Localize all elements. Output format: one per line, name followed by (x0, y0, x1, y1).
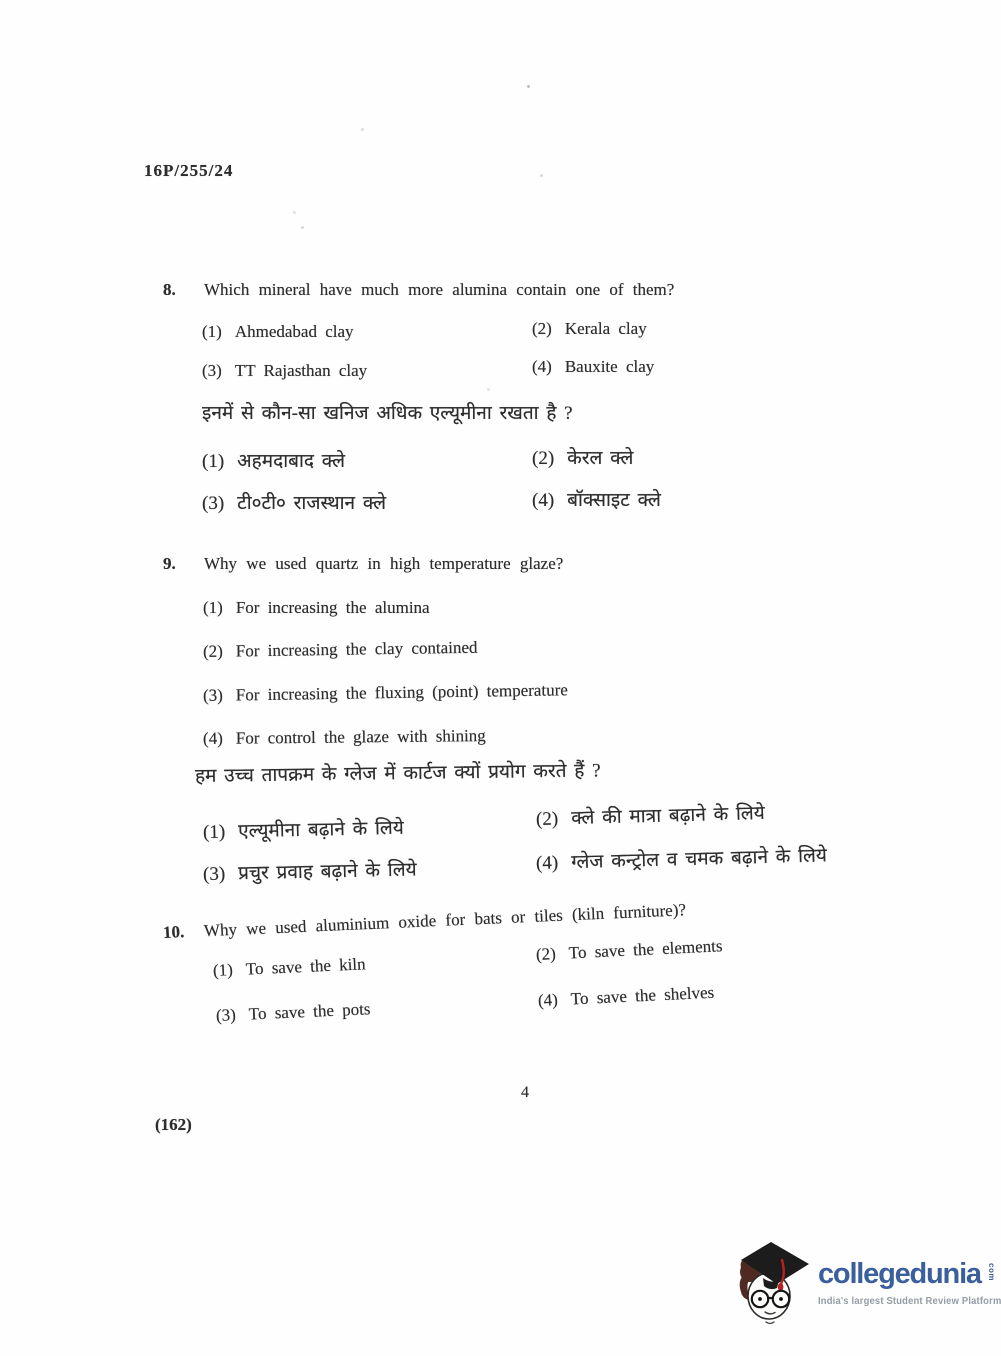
q8-option-hi-2: (2)केरल क्ले (532, 444, 633, 470)
option-number: (2) (532, 319, 552, 339)
option-number: (4) (538, 990, 559, 1011)
option-text: ग्लेज कन्ट्रोल व चमक बढ़ाने के लिये (571, 845, 827, 873)
q8-option-hi-1: (1)अहमदाबाद क्ले (202, 447, 345, 473)
collegedunia-logo: collegedunia com India's largest Student… (735, 1240, 1001, 1326)
logo-wordmark: collegedunia (818, 1260, 981, 1289)
question-10: 10.Why we used aluminium oxide for bats … (163, 900, 687, 943)
option-text: To save the pots (248, 999, 370, 1023)
option-text: For increasing the alumina (236, 598, 430, 617)
q9-option-hi-4: (4)ग्लेज कन्ट्रोल व चमक बढ़ाने के लिये (536, 841, 828, 875)
question-8-text-hi: इनमें से कौन-सा खनिज अधिक एल्यूमीना रखता… (202, 399, 573, 425)
option-text: To save the elements (568, 936, 723, 962)
q9-option-en-4: (4)For control the glaze with shining (203, 726, 486, 749)
q10-option-en-3: (3)To save the pots (216, 999, 371, 1026)
option-text: To save the shelves (570, 983, 714, 1009)
option-number: (1) (203, 598, 223, 618)
option-number: (3) (203, 686, 223, 706)
q10-option-en-1: (1)To save the kiln (213, 954, 366, 981)
q10-option-en-4: (4)To save the shelves (538, 983, 715, 1011)
q9-option-en-3: (3)For increasing the fluxing (point) te… (203, 680, 568, 706)
logo-text-block: collegedunia com India's largest Student… (818, 1260, 1001, 1307)
option-number: (1) (203, 822, 226, 844)
option-number: (3) (202, 493, 224, 515)
option-number: (3) (216, 1005, 237, 1026)
option-text: For increasing the fluxing (point) tempe… (236, 680, 568, 704)
option-text: प्रचुर प्रवाह बढ़ाने के लिये (238, 860, 417, 885)
option-text: TT Rajasthan clay (235, 361, 367, 380)
q9-option-hi-3: (3)प्रचुर प्रवाह बढ़ाने के लिये (203, 856, 417, 886)
option-number: (1) (202, 322, 222, 342)
option-number: (2) (536, 808, 559, 831)
option-number: (3) (203, 864, 226, 886)
scan-speck (361, 128, 364, 131)
q8-option-hi-3: (3)टी०टी० राजस्थान क्ले (202, 489, 386, 515)
option-number: (4) (532, 357, 552, 377)
option-number: (2) (203, 642, 223, 662)
option-number: (4) (532, 490, 554, 512)
series-code: (162) (155, 1115, 192, 1135)
question-9: 9.Why we used quartz in high temperature… (163, 554, 563, 574)
option-text: केरल क्ले (567, 448, 633, 469)
option-text: Kerala clay (565, 319, 647, 338)
option-text: For increasing the clay contained (236, 638, 478, 661)
option-number: (2) (536, 944, 557, 965)
doc-code: 16P/255/24 (144, 161, 233, 181)
option-text: टी०टी० राजस्थान क्ले (237, 493, 386, 514)
scan-speck (527, 85, 530, 88)
logo-tagline: India's largest Student Review Platform (818, 1296, 1001, 1307)
question-10-text-en: Why we used aluminium oxide for bats or … (204, 900, 687, 940)
q9-option-hi-1: (1)एल्यूमीना बढ़ाने के लिये (203, 814, 404, 844)
logo-domain-suffix: com (987, 1263, 995, 1281)
option-text: Ahmedabad clay (235, 322, 354, 341)
scan-speck (540, 174, 543, 177)
option-text: एल्यूमीना बढ़ाने के लिये (238, 818, 404, 842)
question-9-number: 9. (163, 554, 204, 574)
option-number: (3) (202, 361, 222, 381)
q8-option-hi-4: (4)बॉक्साइट क्ले (532, 486, 661, 512)
scan-speck (301, 226, 304, 229)
question-8: 8.Which mineral have much more alumina c… (163, 280, 674, 300)
option-text: अहमदाबाद क्ले (237, 451, 345, 472)
q8-option-en-4: (4)Bauxite clay (532, 357, 654, 377)
collegedunia-mascot-icon (735, 1240, 811, 1326)
q10-option-en-2: (2)To save the elements (536, 936, 723, 965)
q8-option-en-1: (1)Ahmedabad clay (202, 322, 354, 342)
question-8-number: 8. (163, 280, 204, 300)
option-text: क्ले की मात्रा बढ़ाने के लिये (571, 803, 765, 829)
option-number: (1) (213, 960, 234, 981)
option-number: (1) (202, 451, 224, 473)
option-number: (2) (532, 448, 554, 470)
option-number: (4) (536, 852, 559, 875)
question-9-text-hi: हम उच्च तापक्रम के ग्लेज में कार्टज क्यो… (195, 756, 601, 788)
scan-speck (293, 211, 296, 214)
q9-option-en-1: (1)For increasing the alumina (203, 598, 430, 618)
scan-speck (487, 388, 490, 391)
option-text: To save the kiln (245, 954, 366, 978)
question-8-text-en: Which mineral have much more alumina con… (204, 280, 674, 299)
question-10-number: 10. (163, 921, 205, 943)
option-text: बॉक्साइट क्ले (567, 490, 661, 511)
q9-option-hi-2: (2)क्ले की मात्रा बढ़ाने के लिये (536, 799, 765, 831)
option-text: Bauxite clay (565, 357, 654, 376)
q9-option-en-2: (2)For increasing the clay contained (203, 638, 478, 662)
q8-option-en-2: (2)Kerala clay (532, 319, 647, 339)
q8-option-en-3: (3)TT Rajasthan clay (202, 361, 367, 381)
question-9-text-en: Why we used quartz in high temperature g… (204, 554, 563, 573)
exam-paper-page: 16P/255/24 8.Which mineral have much mor… (0, 0, 1001, 1356)
option-number: (4) (203, 729, 223, 749)
page-number: 4 (521, 1084, 529, 1102)
option-text: For control the glaze with shining (236, 726, 486, 748)
